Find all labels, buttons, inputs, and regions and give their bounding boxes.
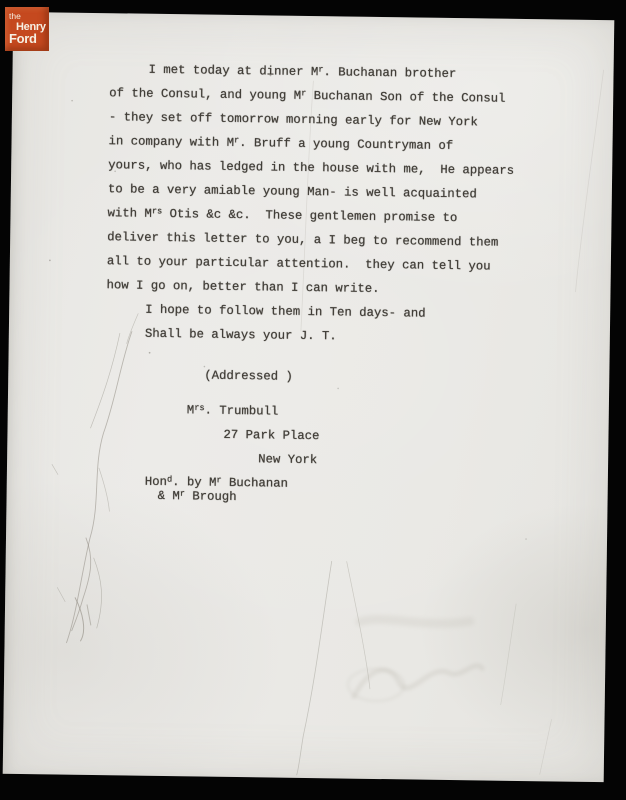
logo-word-the: the [9, 12, 49, 21]
letter-line: & Mr Brough [157, 484, 509, 513]
document-page: I met today at dinner Mr. Buchanan broth… [3, 12, 615, 782]
scan-background: I met today at dinner Mr. Buchanan broth… [0, 0, 626, 800]
henry-ford-logo: the Henry Ford [5, 7, 49, 51]
show-through-decoration [348, 619, 483, 702]
letter-body: I met today at dinner Mr. Buchanan broth… [103, 57, 515, 513]
letter-line: Shall be always your J. T. [145, 322, 512, 351]
letter-line: New York [258, 447, 510, 475]
logo-word-ford: Ford [9, 33, 49, 45]
letter-line: (Addressed ) [204, 364, 511, 392]
